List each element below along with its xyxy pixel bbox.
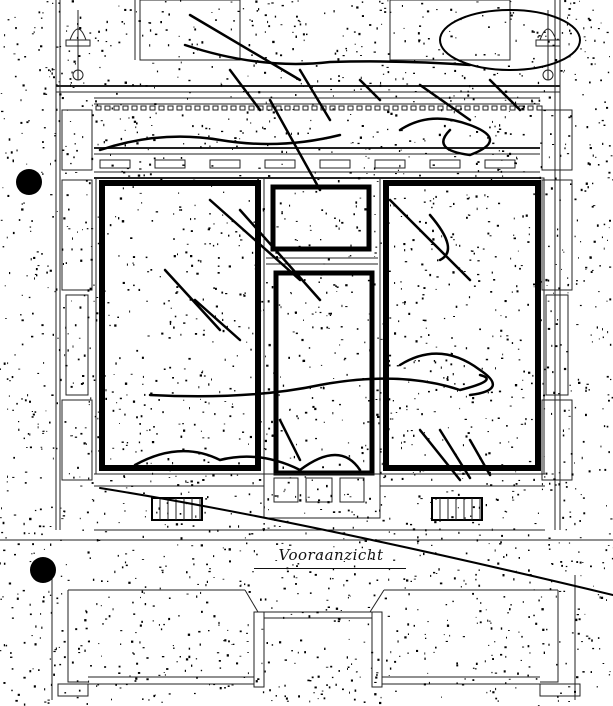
elevation-drawing <box>0 0 613 706</box>
punch-hole <box>16 169 42 195</box>
punch-hole <box>30 557 56 583</box>
drawing-caption: Vooraanzicht <box>256 546 406 568</box>
caption-underline <box>254 568 406 569</box>
